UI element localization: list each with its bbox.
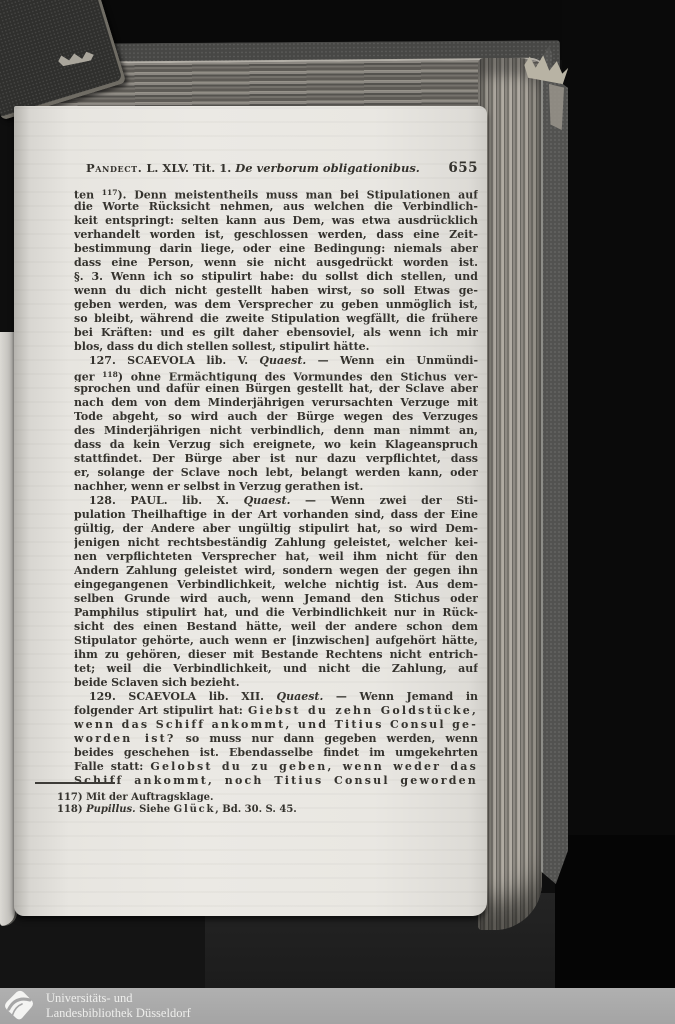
book-page: Pandect. L. XLV. Tit. 1. De verborum obl… [14, 106, 487, 916]
text-segment: Pandect. [86, 161, 142, 175]
text-line: nachher, wenn er selbst in Verzug gerath… [74, 480, 478, 494]
torn-cover-fragment [549, 84, 564, 130]
text-line: Tode abgeht, so wird auch der Bürge wege… [74, 410, 478, 424]
text-line: worden ist? so muss nur dann gegeben wer… [74, 732, 478, 746]
book-right-page-stack [478, 58, 542, 930]
text-segment: Stipulator gehörte, auch wenn er [inzwis… [74, 634, 478, 647]
text-line: bei Kräften: und es gilt daher ebensovie… [74, 326, 478, 340]
text-line: beide Sclaven sich bezieht. [74, 676, 478, 690]
text-segment: die Worte Rücksicht nehmen, aus welchen … [74, 200, 478, 213]
text-segment: Giebst du zehn Goldstücke, [248, 704, 478, 717]
text-segment: worden ist? [74, 732, 176, 745]
text-segment: selben Grunde wird auch, wenn Jemand den… [74, 592, 478, 605]
text-line: 129. SCAEVOLA lib. XII. Quaest. — Wenn J… [74, 690, 478, 704]
text-segment: stattfindet. Der Bürge aber ist nur dazu… [74, 452, 478, 465]
text-segment: — Wenn Jemand in [323, 690, 478, 703]
text-segment: wenn das Schiff ankommt, und Titius Cons… [74, 718, 478, 731]
text-segment: er, solange der Sclave noch lebt, belang… [74, 466, 478, 479]
library-name: Universitäts- und Landesbibliothek Düsse… [46, 991, 191, 1021]
scanned-book-photo: Pandect. L. XLV. Tit. 1. De verborum obl… [0, 0, 675, 1024]
text-line: so bleibt, während die zweite Stipulatio… [74, 312, 478, 326]
text-segment: nen verpflichteten Versprecher hat, weil… [74, 550, 478, 563]
page-content: Pandect. L. XLV. Tit. 1. De verborum obl… [74, 106, 478, 916]
text-block: ten 117). Denn meistentheils muss man be… [74, 186, 478, 788]
text-line: blos, dass du dich stellen sollest, stip… [74, 340, 478, 354]
text-segment: , Bd. 30. S. 45. [215, 804, 296, 815]
text-segment: ihm zu gehören, dieser mit Bestande Rech… [74, 648, 478, 661]
running-title: Pandect. L. XLV. Tit. 1. De verborum obl… [74, 161, 420, 175]
text-line: Falle statt: Gelobst du zu geben, wenn w… [74, 760, 478, 774]
text-line: jenigen nicht rechtsbeständig Zahlung ge… [74, 536, 478, 550]
text-line: Stipulator gehörte, auch wenn er [inzwis… [74, 634, 478, 648]
text-segment: geben werden, was dem Versprecher zu geb… [74, 298, 478, 311]
text-segment: ger [74, 371, 102, 383]
footnote-line: 117) Mit der Auftragsklage. [57, 792, 461, 804]
text-segment: blos, dass du dich stellen sollest, stip… [74, 340, 370, 353]
text-line: 127. SCAEVOLA lib. V. Quaest. — Wenn ein… [74, 354, 478, 368]
text-segment: 127. SCAEVOLA lib. V. [89, 354, 259, 367]
text-segment: 117 [102, 188, 118, 197]
text-segment: jenigen nicht rechtsbeständig Zahlung ge… [74, 536, 478, 549]
text-segment: §. 3. Wenn ich so stipulirt habe: du sol… [74, 270, 478, 283]
page-header: Pandect. L. XLV. Tit. 1. De verborum obl… [74, 160, 478, 175]
footnotes: 117) Mit der Auftragsklage.118) Pupillus… [57, 792, 461, 815]
text-segment: Pupillus. [86, 804, 136, 815]
text-segment: Glück [174, 804, 216, 815]
text-segment: Gelobst du zu geben, wenn weder das [150, 760, 478, 773]
text-line: verhandelt worden ist, geschlossen werde… [74, 228, 478, 242]
text-line: dass eine Person, wenn sie nicht ausgedr… [74, 256, 478, 270]
text-segment: Quaest. [259, 354, 306, 367]
background-bottom-right [555, 835, 675, 993]
text-line: 128. PAUL. lib. X. Quaest. — Wenn zwei d… [74, 494, 478, 508]
text-segment: 128. PAUL. lib. X. [89, 494, 244, 507]
text-line: geben werden, was dem Versprecher zu geb… [74, 298, 478, 312]
text-segment: 129. SCAEVOLA lib. XII. [89, 690, 277, 703]
text-line: ihm zu gehören, dieser mit Bestande Rech… [74, 648, 478, 662]
text-line: wenn du dich nicht gestellt haben wirst,… [74, 284, 478, 298]
text-line: Andern Zahlung geleistet wird, sondern w… [74, 564, 478, 578]
text-line: er, solange der Sclave noch lebt, belang… [74, 466, 478, 480]
text-segment: Andern Zahlung geleistet wird, sondern w… [74, 564, 478, 577]
text-segment: 118 [102, 370, 118, 379]
text-segment: nach dem von dem Minderjährigen verursac… [74, 396, 478, 409]
text-line: bestimmung darin liege, oder eine Beding… [74, 242, 478, 256]
text-line: folgender Art stipulirt hat: Giebst du z… [74, 704, 478, 718]
text-segment: nachher, wenn er selbst in Verzug gerath… [74, 480, 363, 493]
text-line: ten 117). Denn meistentheils muss man be… [74, 186, 478, 200]
text-segment: wenn du dich nicht gestellt haben wirst,… [74, 284, 478, 297]
text-line: des Minderjährigen nicht verbindlich, de… [74, 424, 478, 438]
text-segment: Quaest. [244, 494, 291, 507]
text-segment: keit entspringt: selten kann aus Dem, wa… [74, 214, 478, 227]
text-segment: so bleibt, während die zweite Stipulatio… [74, 312, 478, 325]
text-segment: eingegangenen Verbindlichkeit, welche ni… [74, 578, 478, 591]
text-line: sprochen und dafür einen Bürgen gestellt… [74, 382, 478, 396]
text-segment: bestimmung darin liege, oder eine Beding… [74, 242, 478, 255]
text-segment: 118) [57, 804, 86, 815]
paragraph: ten 117). Denn meistentheils muss man be… [74, 186, 478, 354]
text-line: tet; weil die Verbindlichkeit, und nicht… [74, 662, 478, 676]
text-segment: gültig, der Andere aber ungültig stipuli… [74, 522, 478, 535]
text-segment: Tode abgeht, so wird auch der Bürge wege… [74, 410, 478, 423]
text-line: gültig, der Andere aber ungültig stipuli… [74, 522, 478, 536]
text-line: eingegangenen Verbindlichkeit, welche ni… [74, 578, 478, 592]
footer-bar: Universitäts- und Landesbibliothek Düsse… [0, 988, 675, 1024]
text-segment: — Wenn zwei der Sti- [290, 494, 478, 507]
text-segment: Quaest. [277, 690, 324, 703]
text-segment: ten [74, 189, 102, 201]
text-segment: des Minderjährigen nicht verbindlich, de… [74, 424, 478, 437]
page-number: 655 [448, 160, 478, 176]
text-line: beides geschehen ist. Ebendasselbe finde… [74, 746, 478, 760]
text-line: pulation Theilhaftige in der Art vorhand… [74, 508, 478, 522]
text-line: nen verpflichteten Versprecher hat, weil… [74, 550, 478, 564]
text-segment: — Wenn ein Unmündi- [306, 354, 478, 367]
text-segment: bei Kräften: und es gilt daher ebensovie… [74, 326, 478, 339]
text-line: nach dem von dem Minderjährigen verursac… [74, 396, 478, 410]
library-logo-icon [2, 989, 42, 1023]
text-segment: folgender Art stipulirt hat: [74, 704, 248, 717]
text-line: Pamphilus stipulirt hat, und die Verbind… [74, 606, 478, 620]
footnote-separator-rule [35, 782, 115, 784]
text-segment: pulation Theilhaftige in der Art vorhand… [74, 508, 478, 521]
text-segment: beide Sclaven sich bezieht. [74, 676, 240, 689]
text-segment: tet; weil die Verbindlichkeit, und nicht… [74, 662, 478, 675]
text-line: Schiff ankommt, noch Titius Consul gewor… [74, 774, 478, 788]
text-segment: dass eine Person, wenn sie nicht ausgedr… [74, 256, 478, 269]
text-segment: Pamphilus stipulirt hat, und die Verbind… [74, 606, 478, 619]
text-segment: Falle statt: [74, 760, 150, 773]
paragraph: 129. SCAEVOLA lib. XII. Quaest. — Wenn J… [74, 690, 478, 788]
text-segment: Schiff ankommt, noch Titius Consul gewor… [74, 774, 478, 787]
text-segment: verhandelt worden ist, geschlossen werde… [74, 228, 478, 241]
text-line: wenn das Schiff ankommt, und Titius Cons… [74, 718, 478, 732]
library-name-line2: Landesbibliothek Düsseldorf [46, 1006, 191, 1021]
text-segment: sprochen und dafür einen Bürgen gestellt… [74, 382, 478, 395]
text-line: selben Grunde wird auch, wenn Jemand den… [74, 592, 478, 606]
text-line: keit entspringt: selten kann aus Dem, wa… [74, 214, 478, 228]
text-segment: De verborum obligationibus. [235, 161, 420, 175]
text-segment: beides geschehen ist. Ebendasselbe finde… [74, 746, 478, 759]
text-segment: L. XLV. Tit. 1. [142, 161, 235, 175]
text-line: stattfindet. Der Bürge aber ist nur dazu… [74, 452, 478, 466]
text-segment: sicht des einen Bestand hätte, weil der … [74, 620, 478, 633]
text-line: sicht des einen Bestand hätte, weil der … [74, 620, 478, 634]
text-segment: ) ohne Ermächtigung des Vormundes den St… [118, 371, 478, 383]
text-line: die Worte Rücksicht nehmen, aus welchen … [74, 200, 478, 214]
paragraph: 128. PAUL. lib. X. Quaest. — Wenn zwei d… [74, 494, 478, 690]
text-segment: dass da kein Verzug sich ereignete, wo k… [74, 438, 478, 451]
text-segment: so muss nur dann gegeben werden, wenn [176, 732, 478, 745]
text-line: §. 3. Wenn ich so stipulirt habe: du sol… [74, 270, 478, 284]
footnote-line: 118) Pupillus. Siehe Glück, Bd. 30. S. 4… [57, 804, 461, 816]
text-segment: 117) Mit der Auftragsklage. [57, 792, 214, 803]
paragraph: 127. SCAEVOLA lib. V. Quaest. — Wenn ein… [74, 354, 478, 494]
text-segment: Siehe [136, 804, 174, 815]
library-name-line1: Universitäts- und [46, 991, 191, 1006]
text-segment: ). Denn meistentheils muss man bei Stipu… [117, 189, 478, 201]
text-line: dass da kein Verzug sich ereignete, wo k… [74, 438, 478, 452]
text-line: ger 118) ohne Ermächtigung des Vormundes… [74, 368, 478, 382]
book-right-cover-edge [541, 46, 568, 884]
